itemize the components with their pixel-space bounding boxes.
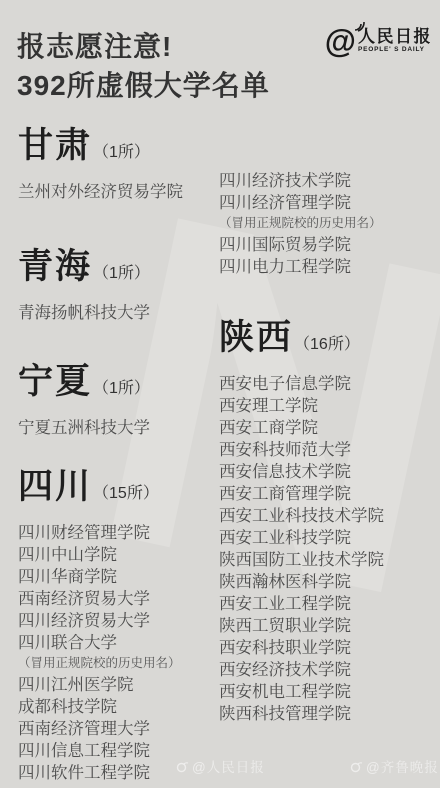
university-item: 四川国际贸易学院 xyxy=(219,234,435,256)
province-name: 甘肃 xyxy=(18,126,92,166)
footer-watermark-left: @人民日报 xyxy=(176,756,265,776)
university-item: 四川华商学院 xyxy=(18,566,216,588)
university-item: 西安信息技术学院 xyxy=(219,461,435,483)
province-count: （1所） xyxy=(93,369,150,409)
title-line2: 392所虚假大学名单 xyxy=(17,66,270,105)
province-heading: 甘肃（1所） xyxy=(18,126,216,173)
logo-subtitle: PEOPLE' S DAILY xyxy=(358,46,432,53)
right-column: 四川经济技术学院四川经济管理学院（冒用正规院校的历史用名）四川国际贸易学院四川电… xyxy=(219,170,435,725)
university-item: 西南经济管理大学 xyxy=(18,718,216,740)
history-name-note: （冒用正规院校的历史用名） xyxy=(18,655,216,672)
province-block: 四川（15所）四川财经管理学院四川中山学院四川华商学院西南经济贸易大学四川经济贸… xyxy=(18,467,216,784)
province-name: 陕西 xyxy=(219,318,293,358)
province-block: 青海（1所）青海扬帆科技大学 xyxy=(18,247,216,324)
university-item: 西安工业科技学院 xyxy=(219,527,435,549)
fake-universities-infographic: N 报志愿注意! 392所虚假大学名单 @ 人民日报 PEOPLE' S DAI… xyxy=(0,0,440,788)
university-item: 四川财经管理学院 xyxy=(18,522,216,544)
university-item: 宁夏五洲科技大学 xyxy=(18,417,216,439)
university-item: 西安工业工程学院 xyxy=(219,593,435,615)
university-item: 四川江州医学院 xyxy=(18,674,216,696)
province-heading: 陕西（16所） xyxy=(219,318,435,365)
footer-watermark-right: @齐鲁晚报 xyxy=(350,756,439,776)
province-name: 四川 xyxy=(18,467,92,507)
footer-watermark-right-text: @齐鲁晚报 xyxy=(366,756,439,776)
title-line1: 报志愿注意! xyxy=(17,27,270,66)
province-heading: 四川（15所） xyxy=(18,467,216,514)
page-title: 报志愿注意! 392所虚假大学名单 xyxy=(17,27,270,105)
province-count: （1所） xyxy=(93,133,150,173)
province-name: 青海 xyxy=(18,247,92,287)
logo-name: 人民日报 xyxy=(358,27,432,46)
province-count: （15所） xyxy=(93,474,159,514)
at-icon: @ xyxy=(325,24,356,58)
university-item: 陕西科技管理学院 xyxy=(219,703,435,725)
weibo-icon xyxy=(176,760,189,773)
university-item: 西南经济贸易大学 xyxy=(18,588,216,610)
university-item: 西安科技师范大学 xyxy=(219,439,435,461)
broadcast-waves-icon xyxy=(353,19,365,37)
university-item: 西安经济技术学院 xyxy=(219,659,435,681)
footer-watermark-left-text: @人民日报 xyxy=(192,756,265,776)
province-heading: 宁夏（1所） xyxy=(18,362,216,409)
peoples-daily-logo: @ 人民日报 PEOPLE' S DAILY xyxy=(325,24,432,58)
province-name: 宁夏 xyxy=(18,362,92,402)
university-item: 兰州对外经济贸易学院 xyxy=(18,181,216,203)
university-item: 西安工商学院 xyxy=(219,417,435,439)
list-continuation-block: 四川经济技术学院四川经济管理学院（冒用正规院校的历史用名）四川国际贸易学院四川电… xyxy=(219,170,435,278)
university-item: 四川经济管理学院 xyxy=(219,192,435,214)
university-item: 成都科技学院 xyxy=(18,696,216,718)
university-item: 陕西国防工业技术学院 xyxy=(219,549,435,571)
university-item: 西安工商管理学院 xyxy=(219,483,435,505)
history-name-note: （冒用正规院校的历史用名） xyxy=(219,215,435,232)
university-item: 四川联合大学 xyxy=(18,632,216,654)
left-column: 甘肃（1所）兰州对外经济贸易学院青海（1所）青海扬帆科技大学宁夏（1所）宁夏五洲… xyxy=(18,126,216,784)
university-item: 西安科技职业学院 xyxy=(219,637,435,659)
province-heading: 青海（1所） xyxy=(18,247,216,294)
university-item: 四川经济贸易大学 xyxy=(18,610,216,632)
university-item: 四川经济技术学院 xyxy=(219,170,435,192)
university-item: 西安工业科技技术学院 xyxy=(219,505,435,527)
university-item: 西安电子信息学院 xyxy=(219,373,435,395)
university-item: 四川中山学院 xyxy=(18,544,216,566)
province-block: 陕西（16所）西安电子信息学院西安理工学院西安工商学院西安科技师范大学西安信息技… xyxy=(219,318,435,725)
university-item: 四川电力工程学院 xyxy=(219,256,435,278)
province-count: （16所） xyxy=(294,325,360,365)
province-block: 宁夏（1所）宁夏五洲科技大学 xyxy=(18,362,216,439)
province-block: 甘肃（1所）兰州对外经济贸易学院 xyxy=(18,126,216,203)
university-item: 陕西瀚林医科学院 xyxy=(219,571,435,593)
province-count: （1所） xyxy=(93,254,150,294)
university-item: 青海扬帆科技大学 xyxy=(18,302,216,324)
university-item: 西安机电工程学院 xyxy=(219,681,435,703)
university-item: 西安理工学院 xyxy=(219,395,435,417)
university-item: 陕西工贸职业学院 xyxy=(219,615,435,637)
weibo-icon xyxy=(350,760,363,773)
